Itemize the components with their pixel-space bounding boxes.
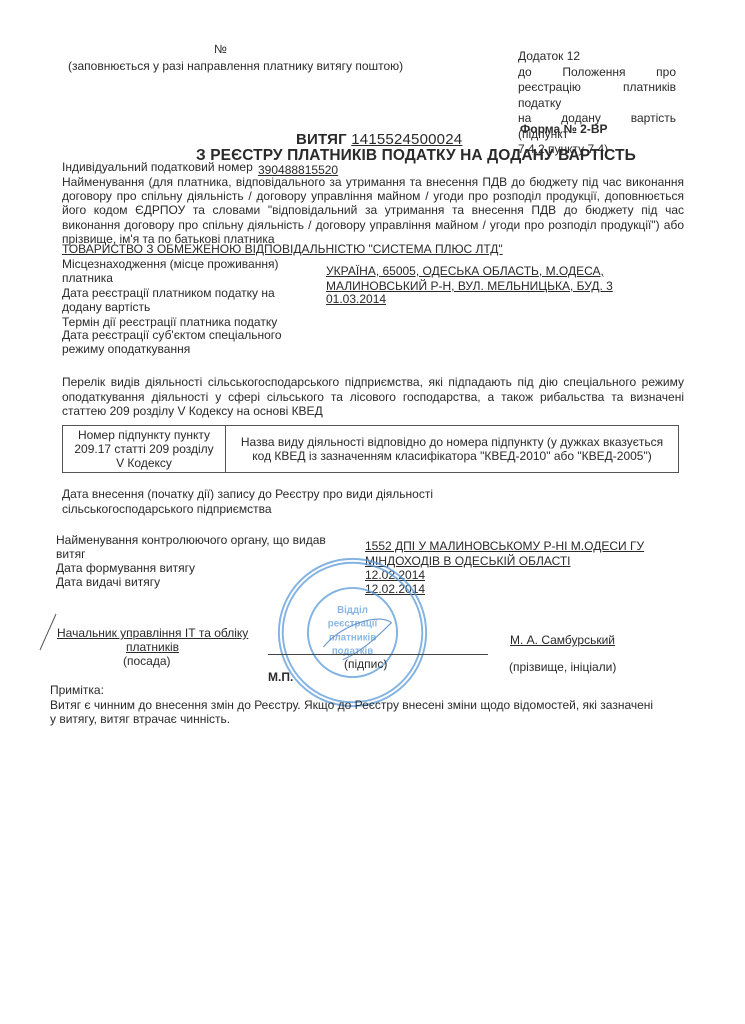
kved-table: Номер підпункту пункту 209.17 статті 209… xyxy=(62,425,679,473)
signer-position: Начальник управління ІТ та обліку xyxy=(57,626,248,640)
extract-code: 1415524500024 xyxy=(351,131,462,148)
svg-text:Відділ: Відділ xyxy=(337,605,368,616)
title-prefix: ВИТЯГ xyxy=(296,131,347,148)
vat-reg-date-label: додану вартість xyxy=(62,300,150,314)
authority-label: витяг xyxy=(56,547,85,561)
vat-reg-date-label: Дата реєстрації платником податку на xyxy=(62,286,275,300)
svg-text:платників: платників xyxy=(329,632,376,643)
signature-line xyxy=(268,654,488,655)
payer-name: ТОВАРИСТВО З ОБМЕЖЕНОЮ ВІДПОВІДАЛЬНІСТЮ … xyxy=(62,242,503,256)
document-title: ВИТЯГ 1415524500024 xyxy=(296,131,462,148)
reg-term-label: Термін дії реєстрації платника податку xyxy=(62,315,277,329)
number-sign: № xyxy=(214,42,227,56)
location-label: Місцезнаходження (місце проживання) xyxy=(62,257,278,271)
appendix-line: Додаток 12 xyxy=(518,49,676,65)
special-regime-label: Дата реєстрації суб'єктом спеціального xyxy=(62,328,282,342)
note-text: у витягу, витяг втрачає чинність. xyxy=(50,712,230,726)
signature-caption: (підпис) xyxy=(344,657,387,671)
location-value: УКРАЇНА, 65005, ОДЕСЬКА ОБЛАСТЬ, М.ОДЕСА… xyxy=(326,264,604,278)
pen-stroke-icon xyxy=(38,612,58,652)
appendix-block: Додаток 12 до Положення про реєстрацію п… xyxy=(518,49,676,158)
authority-label: Найменування контролюючого органу, що ви… xyxy=(56,533,326,547)
table-header-row: Номер підпункту пункту 209.17 статті 209… xyxy=(63,426,679,473)
appendix-word: Положення xyxy=(562,65,625,81)
signer-position: платників xyxy=(126,640,179,654)
location-value: МАЛИНОВСЬКИЙ Р-Н, ВУЛ. МЕЛЬНИЦЬКА, БУД. … xyxy=(326,279,613,293)
formed-date-label: Дата формування витягу xyxy=(56,561,195,575)
number-note: (заповнюється у разі направлення платник… xyxy=(68,59,403,73)
official-stamp-icon: Відділ реєстрації платників податків xyxy=(275,555,430,710)
entry-date-label: Дата внесення (початку дії) запису до Ре… xyxy=(62,487,433,501)
table-header-activity: Назва виду діяльності відповідно до номе… xyxy=(226,426,679,473)
name-caption: (прізвище, ініціали) xyxy=(509,660,616,674)
authority-value: 1552 ДПІ У МАЛИНОВСЬКОМУ Р-НІ М.ОДЕСИ ГУ xyxy=(365,539,644,553)
vat-reg-date-value: 01.03.2014 xyxy=(326,292,386,306)
signer-name: М. А. Самбурський xyxy=(510,633,615,647)
activities-intro: Перелік видів діяльності сільськогоспода… xyxy=(62,375,684,419)
special-regime-label: режиму оподаткування xyxy=(62,342,190,356)
form-number: Форма № 2-ВР xyxy=(520,122,608,136)
location-label: платника xyxy=(62,271,113,285)
entry-date-label: сільськогосподарського підприємства xyxy=(62,502,272,516)
issued-date-label: Дата видачі витягу xyxy=(56,575,160,589)
appendix-line: реєстрацію платників податку xyxy=(518,80,676,111)
appendix-word: до xyxy=(518,65,532,81)
table-header-subpoint: Номер підпункту пункту 209.17 статті 209… xyxy=(63,426,226,473)
appendix-word: про xyxy=(656,65,676,81)
note-label: Примітка: xyxy=(50,683,104,697)
name-label: Найменування (для платника, відповідальн… xyxy=(62,175,684,246)
ipn-label: Індивідуальний податковий номер xyxy=(62,160,253,174)
appendix-line: до Положення про xyxy=(518,65,676,81)
position-caption: (посада) xyxy=(123,654,171,668)
note-text: Витяг є чинним до внесення змін до Реєст… xyxy=(50,698,653,712)
stamp-place: М.П. xyxy=(268,670,293,684)
